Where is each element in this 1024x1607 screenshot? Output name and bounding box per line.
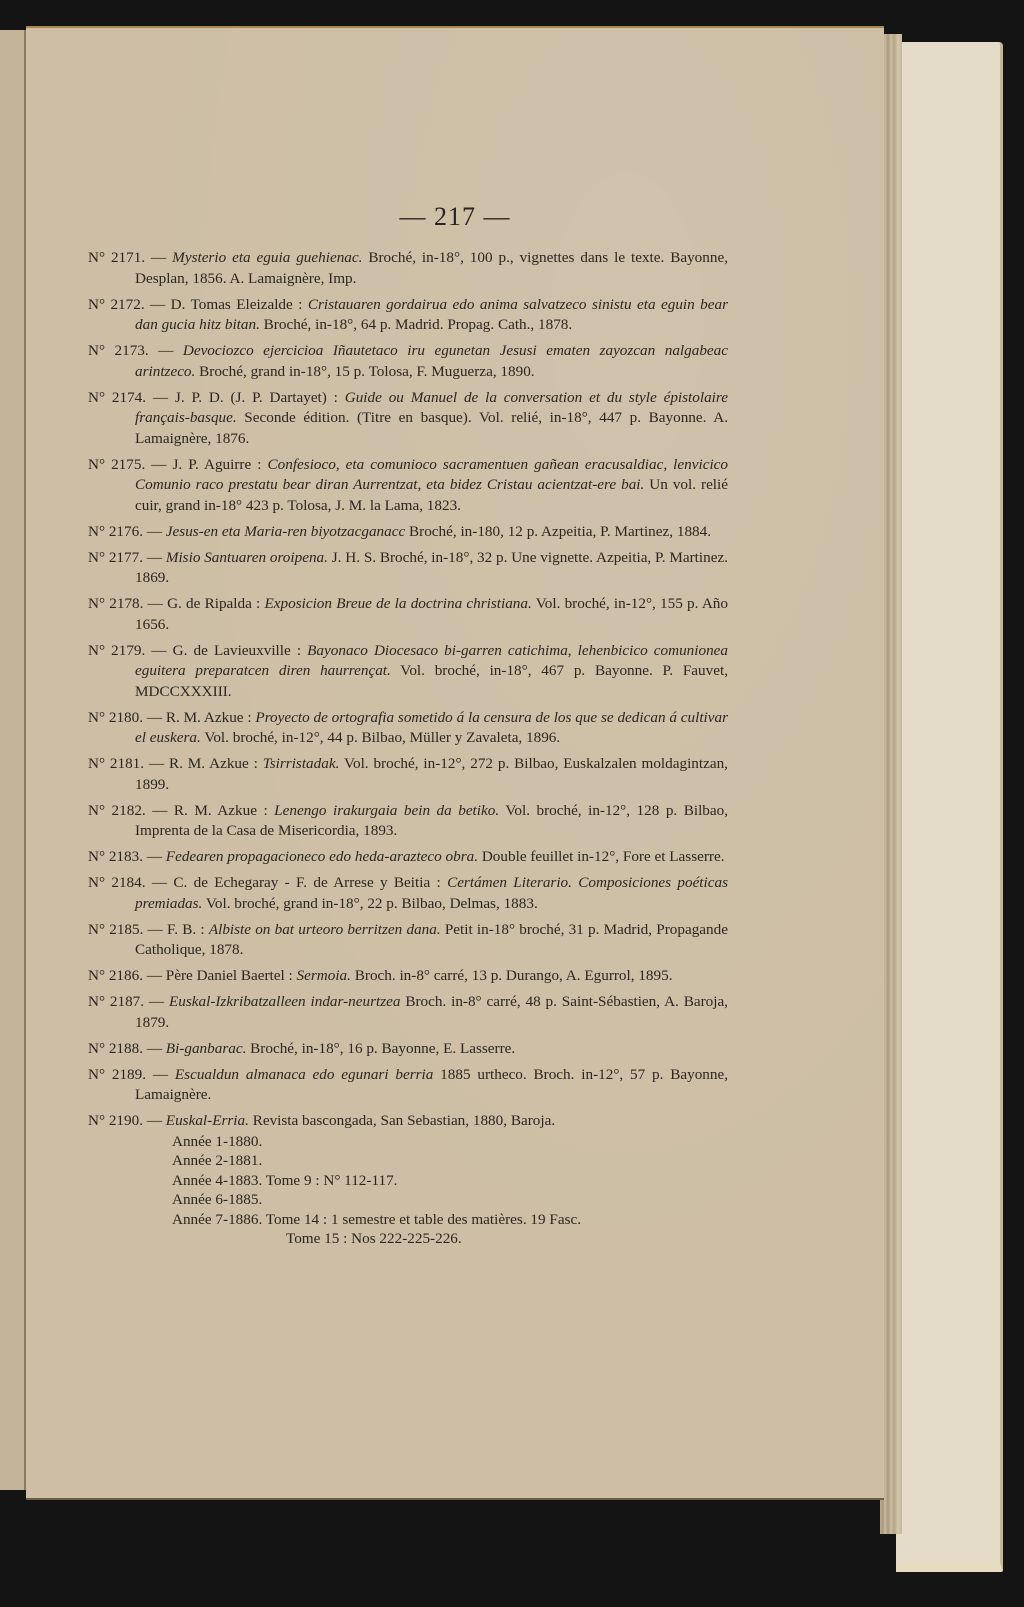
entry-title: Mysterio eta eguia guehienac.	[172, 249, 362, 266]
catalog-entry: N° 2176. — Jesus-en eta Maria-ren biyotz…	[88, 522, 728, 543]
catalog-entry: N° 2179. — G. de Lavieuxville : Bayonaco…	[88, 641, 728, 703]
entry-title: Exposicion Breue de la doctrina christia…	[265, 595, 532, 612]
catalog-entry: N° 2189. — Escualdun almanaca edo egunar…	[88, 1065, 728, 1106]
catalog-entry: N° 2187. — Euskal-Izkribatzalleen indar-…	[88, 992, 728, 1033]
back-cover	[896, 42, 1003, 1572]
entry-title: Misio Santuaren oroipena.	[166, 549, 328, 566]
entry-2190-details: Année 1-1880. Année 2-1881. Année 4-1883…	[88, 1132, 728, 1249]
catalog-entry: N° 2174. — J. P. D. (J. P. Dartayet) : G…	[88, 388, 728, 450]
entry-title: Bi-ganbarac.	[166, 1040, 247, 1057]
entry-title: Escualdun almanaca edo egunari berria	[175, 1066, 433, 1083]
entry-title: Euskal-Izkribatzalleen indar-neurtzea	[169, 993, 400, 1010]
document-page: — 217 — N° 2171. — Mysterio eta eguia gu…	[26, 26, 884, 1500]
detail-line: Année 6-1885.	[172, 1190, 728, 1210]
catalog-entry: N° 2185. — F. B. : Albiste on bat urteor…	[88, 920, 728, 961]
entry-title: Jesus-en eta Maria-ren biyotzacganacc	[166, 523, 405, 540]
entry-title: Tsirristadak.	[263, 755, 340, 772]
detail-line: Tome 15 : Nos 222-225-226.	[172, 1229, 728, 1249]
catalog-entries: N° 2171. — Mysterio eta eguia guehienac.…	[88, 248, 728, 1249]
detail-line: Année 4-1883. Tome 9 : N° 112-117.	[172, 1171, 728, 1191]
catalog-entry: N° 2172. — D. Tomas Eleizalde : Cristaua…	[88, 295, 728, 336]
entry-title: Lenengo irakurgaia bein da betiko.	[274, 802, 499, 819]
detail-line: Année 2-1881.	[172, 1151, 728, 1171]
catalog-entry: N° 2175. — J. P. Aguirre : Confesioco, e…	[88, 455, 728, 517]
detail-line: Année 7-1886. Tome 14 : 1 semestre et ta…	[172, 1210, 728, 1230]
catalog-entry: N° 2184. — C. de Echegaray - F. de Arres…	[88, 873, 728, 914]
entry-title: Euskal-Erria.	[166, 1112, 249, 1129]
catalog-entry: N° 2181. — R. M. Azkue : Tsirristadak. V…	[88, 754, 728, 795]
catalog-entry: N° 2186. — Père Daniel Baertel : Sermoia…	[88, 966, 728, 987]
page-number: — 217 —	[26, 202, 884, 232]
catalog-entry: N° 2173. — Devociozco ejercicioa Iñautet…	[88, 341, 728, 382]
entry-title: Albiste on bat urteoro berritzen dana.	[209, 921, 441, 938]
entry-title: Sermoia.	[297, 967, 351, 984]
catalog-entry: N° 2188. — Bi-ganbarac. Broché, in-18°, …	[88, 1039, 728, 1060]
catalog-entry: N° 2190. — Euskal-Erria. Revista bascong…	[88, 1111, 728, 1132]
detail-line: Année 1-1880.	[172, 1132, 728, 1152]
catalog-entry: N° 2171. — Mysterio eta eguia guehienac.…	[88, 248, 728, 289]
catalog-entry: N° 2177. — Misio Santuaren oroipena. J. …	[88, 548, 728, 589]
catalog-entry: N° 2183. — Fedearen propagacioneco edo h…	[88, 847, 728, 868]
catalog-entry: N° 2182. — R. M. Azkue : Lenengo irakurg…	[88, 801, 728, 842]
adjacent-left-page	[0, 30, 26, 1490]
catalog-entry: N° 2180. — R. M. Azkue : Proyecto de ort…	[88, 708, 728, 749]
entry-title: Fedearen propagacioneco edo heda-araztec…	[166, 848, 478, 865]
catalog-entry: N° 2178. — G. de Ripalda : Exposicion Br…	[88, 594, 728, 635]
